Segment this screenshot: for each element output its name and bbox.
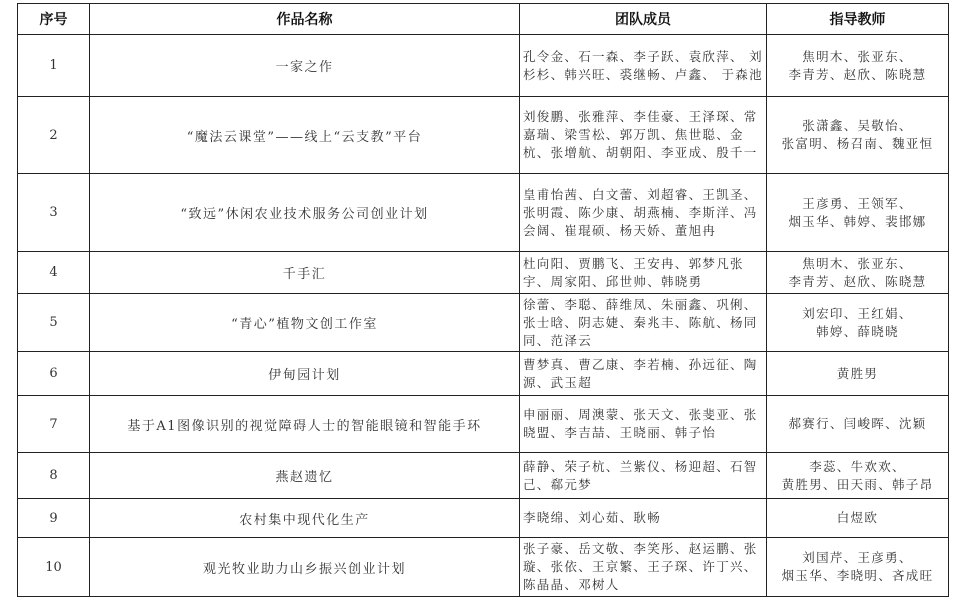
advisors: 李蕊、牛欢欢、黄胜男、田天雨、韩子昂 xyxy=(767,453,949,499)
table-row: 7基于A1图像识别的视觉障碍人士的智能眼镜和智能手环申丽丽、周澳蒙、张天文、张斐… xyxy=(18,396,949,453)
team-members: 张子豪、岳文敬、李笑彤、赵运鹏、张璇、张依、王京繁、王子琛、许丁兴、陈晶晶、邓树… xyxy=(520,538,767,597)
advisors-line-2: 烟玉华、李晓明、吝成旺 xyxy=(770,567,945,585)
header-title: 作品名称 xyxy=(90,4,520,35)
table-row: 1一家之作孔令金、石一森、李子跃、袁欣萍、 刘杉杉、韩兴旺、裘继畅、卢鑫、 于森… xyxy=(18,35,949,97)
project-title: 基于A1图像识别的视觉障碍人士的智能眼镜和智能手环 xyxy=(90,396,520,453)
team-members: 杜向阳、贾鹏飞、王安冉、郭梦凡张宇、周家阳、邱世帅、韩晓勇 xyxy=(520,252,767,294)
team-members: 曹梦真、曹乙康、李若楠、孙远征、陶源、武玉超 xyxy=(520,352,767,396)
advisors-line-1: 郝赛行、闫峻晖、沈颖 xyxy=(770,415,945,433)
row-number: 8 xyxy=(18,453,90,499)
team-members: 徐蕾、李聪、薛维凤、朱丽鑫、巩俐、张士晗、阴志婕、秦兆丰、陈航、杨同同、范泽云 xyxy=(520,294,767,352)
advisors-line-1: 焦明木、张亚东、 xyxy=(770,48,945,66)
team-members: 孔令金、石一森、李子跃、袁欣萍、 刘杉杉、韩兴旺、裘继畅、卢鑫、 于森池 xyxy=(520,35,767,97)
advisors: 白煜欧 xyxy=(767,499,949,538)
row-number: 7 xyxy=(18,396,90,453)
advisors-line-1: 焦明木、张亚东、 xyxy=(770,255,945,273)
table-row: 4千手汇杜向阳、贾鹏飞、王安冉、郭梦凡张宇、周家阳、邱世帅、韩晓勇焦明木、张亚东… xyxy=(18,252,949,294)
table-row: 5“青心”植物文创工作室徐蕾、李聪、薛维凤、朱丽鑫、巩俐、张士晗、阴志婕、秦兆丰… xyxy=(18,294,949,352)
advisors: 张潇鑫、吴敬怡、张富明、杨召南、魏亚恒 xyxy=(767,97,949,174)
team-members: 皇甫怡茜、白文蕾、刘超睿、王凯圣、张明霞、陈少康、胡燕楠、李斯洋、冯会阔、崔琨硕… xyxy=(520,174,767,252)
project-title: 伊甸园计划 xyxy=(90,352,520,396)
advisors-line-1: 李蕊、牛欢欢、 xyxy=(770,458,945,476)
team-members: 刘俊鹏、张雅萍、李佳豪、王泽琛、常嘉瑞、梁雪松、郭万凯、焦世聪、金杭、张增航、胡… xyxy=(520,97,767,174)
row-number: 9 xyxy=(18,499,90,538)
advisors-line-1: 王彦勇、王领军、 xyxy=(770,195,945,213)
team-members: 薛静、荣子杭、兰紫仪、杨迎超、石智己、郗元梦 xyxy=(520,453,767,499)
advisors: 刘国芹、王彦勇、烟玉华、李晓明、吝成旺 xyxy=(767,538,949,597)
advisors-line-2: 韩婷、薛晓晓 xyxy=(770,323,945,341)
advisors: 王彦勇、王领军、烟玉华、韩婷、裴邯娜 xyxy=(767,174,949,252)
advisors-line-1: 张潇鑫、吴敬怡、 xyxy=(770,117,945,135)
project-title: “青心”植物文创工作室 xyxy=(90,294,520,352)
advisors-line-2: 张富明、杨召南、魏亚恒 xyxy=(770,135,945,153)
advisors: 黄胜男 xyxy=(767,352,949,396)
row-number: 3 xyxy=(18,174,90,252)
row-number: 5 xyxy=(18,294,90,352)
project-title: 观光牧业助力山乡振兴创业计划 xyxy=(90,538,520,597)
advisors-line-2: 烟玉华、韩婷、裴邯娜 xyxy=(770,213,945,231)
header-row: 序号 作品名称 团队成员 指导教师 xyxy=(18,4,949,35)
table-row: 3“致远”休闲农业技术服务公司创业计划皇甫怡茜、白文蕾、刘超睿、王凯圣、张明霞、… xyxy=(18,174,949,252)
advisors: 郝赛行、闫峻晖、沈颖 xyxy=(767,396,949,453)
header-teachers: 指导教师 xyxy=(767,4,949,35)
row-number: 1 xyxy=(18,35,90,97)
table-row: 2“魔法云课堂”——线上“云支教”平台刘俊鹏、张雅萍、李佳豪、王泽琛、常嘉瑞、梁… xyxy=(18,97,949,174)
project-title: “致远”休闲农业技术服务公司创业计划 xyxy=(90,174,520,252)
team-members: 申丽丽、周澳蒙、张天文、张斐亚、张晓盟、李吉喆、王晓丽、韩子怡 xyxy=(520,396,767,453)
header-number: 序号 xyxy=(18,4,90,35)
advisors-line-2: 李青芳、赵欣、陈晓慧 xyxy=(770,273,945,291)
table-row: 8燕赵遗忆薛静、荣子杭、兰紫仪、杨迎超、石智己、郗元梦李蕊、牛欢欢、黄胜男、田天… xyxy=(18,453,949,499)
advisors-line-1: 刘宏印、王红娟、 xyxy=(770,305,945,323)
row-number: 6 xyxy=(18,352,90,396)
advisors-line-2: 黄胜男、田天雨、韩子昂 xyxy=(770,476,945,494)
advisors: 焦明木、张亚东、李青芳、赵欣、陈晓慧 xyxy=(767,35,949,97)
project-title: 农村集中现代化生产 xyxy=(90,499,520,538)
header-members: 团队成员 xyxy=(520,4,767,35)
row-number: 10 xyxy=(18,538,90,597)
advisors-line-1: 刘国芹、王彦勇、 xyxy=(770,549,945,567)
table-row: 10观光牧业助力山乡振兴创业计划张子豪、岳文敬、李笑彤、赵运鹏、张璇、张依、王京… xyxy=(18,538,949,597)
team-members: 李晓绵、刘心茹、耿畅 xyxy=(520,499,767,538)
row-number: 4 xyxy=(18,252,90,294)
project-title: 千手汇 xyxy=(90,252,520,294)
advisors-line-2: 李青芳、赵欣、陈晓慧 xyxy=(770,66,945,84)
advisors-line-1: 白煜欧 xyxy=(770,509,945,527)
row-number: 2 xyxy=(18,97,90,174)
project-title: “魔法云课堂”——线上“云支教”平台 xyxy=(90,97,520,174)
table-row: 9农村集中现代化生产李晓绵、刘心茹、耿畅白煜欧 xyxy=(18,499,949,538)
project-title: 一家之作 xyxy=(90,35,520,97)
table-row: 6伊甸园计划曹梦真、曹乙康、李若楠、孙远征、陶源、武玉超黄胜男 xyxy=(18,352,949,396)
advisors: 刘宏印、王红娟、韩婷、薛晓晓 xyxy=(767,294,949,352)
project-title: 燕赵遗忆 xyxy=(90,453,520,499)
advisors: 焦明木、张亚东、李青芳、赵欣、陈晓慧 xyxy=(767,252,949,294)
advisors-line-1: 黄胜男 xyxy=(770,365,945,383)
award-table: 序号 作品名称 团队成员 指导教师 1一家之作孔令金、石一森、李子跃、袁欣萍、 … xyxy=(17,3,949,597)
